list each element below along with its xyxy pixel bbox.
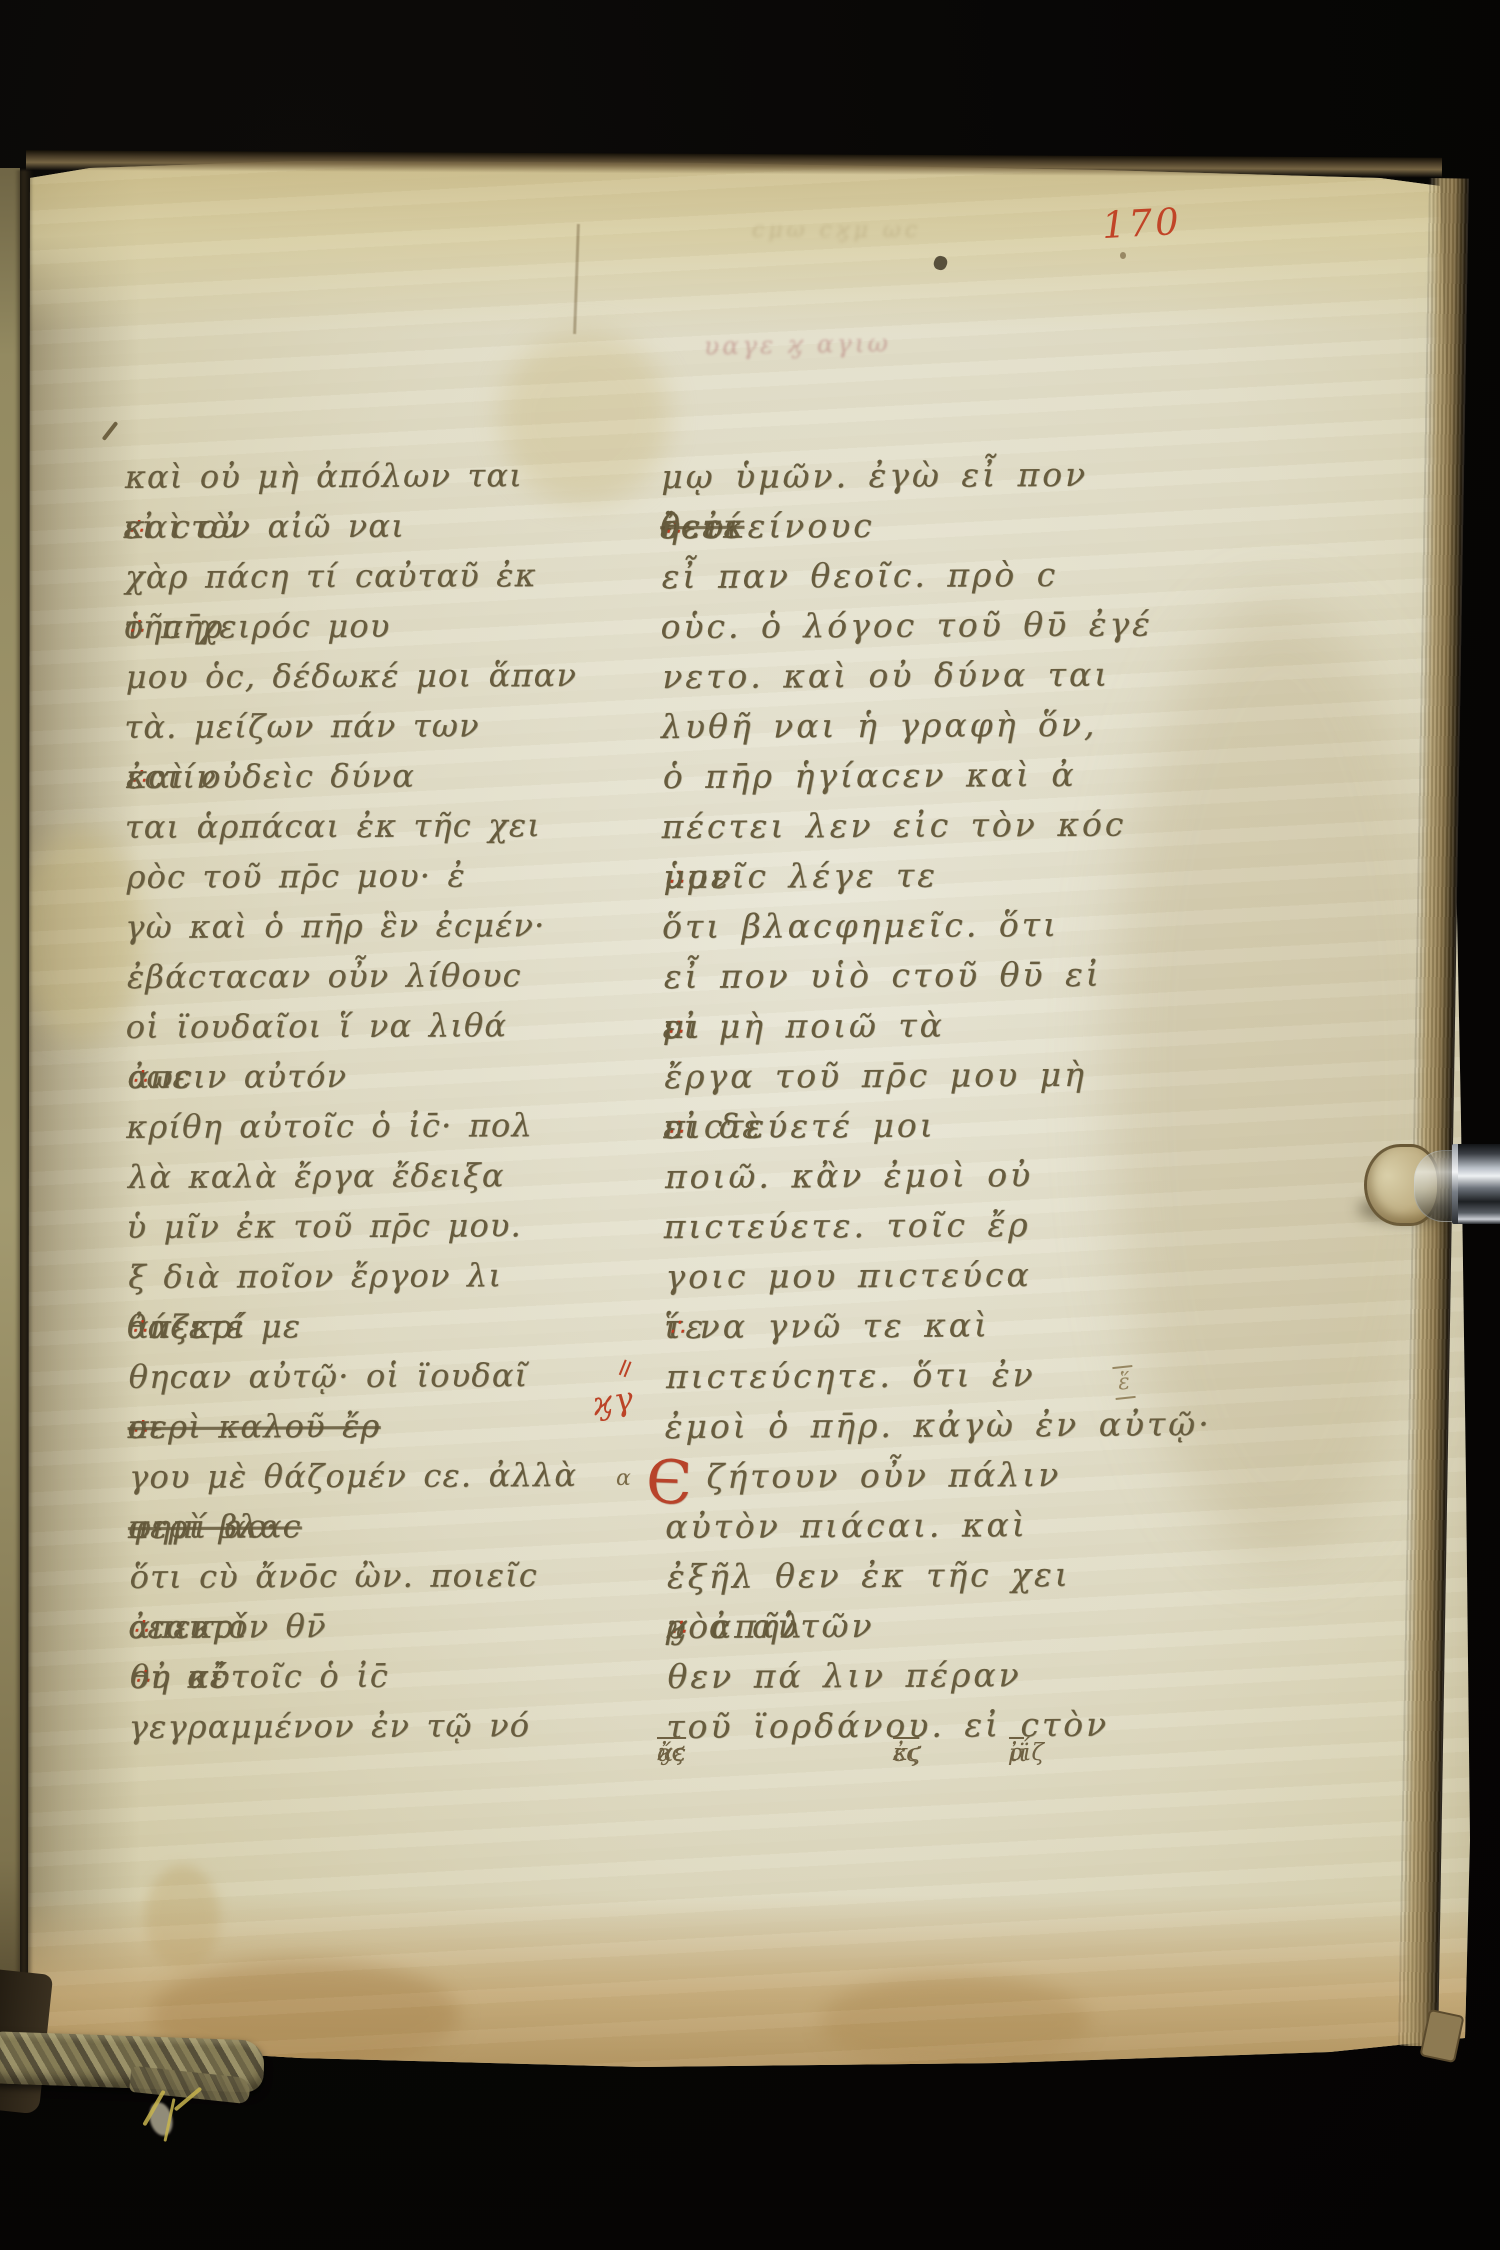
text-segment: ἀπεκρί [127,1301,247,1352]
text-line: ὅτι βλαϲφημεῖϲ. ὅτι [662,902,702,952]
text-segment: γεγραμμένον ἐν τῷ νό [129,1700,531,1752]
text-line: τε∴ ἵ να γνῶ τε καὶ [664,1302,704,1352]
text-segment: ϗ ἀπῆλ [666,1601,806,1652]
fold-scratch [573,224,580,334]
text-segment: ἵ να γνῶ τε καὶ [664,1300,990,1352]
text-line: εἶ πον υἱὸ ϲτοῦ θῡ εἰ [664,952,704,1002]
text-segment: γὼ καὶ ὁ πη̄ρ ἓν ἐϲμέν· [125,900,545,952]
text-segment: ἐξῆλ θεν ἐκ τῆϲ χει [667,1550,1071,1602]
text-segment: εἶ παν θεοῖϲ. πρὸ ϲ [662,550,1059,602]
text-line: ἐξῆλ θεν ἐκ τῆϲ χει [667,1552,707,1602]
text-segment: πιϲτεύϲητε. ὅτι ἐν [666,1350,1036,1402]
eusebian-notes: ἄεϗϛἐϛκϛἰΐριζ [657,1740,1107,1830]
text-segment: φημί αϲ· [128,1501,278,1552]
text-segment: οἱ ϊουδαῖοι ἵ να λιθά [126,1000,508,1052]
text-segment: πιϲτεύετε. τοῖϲ ἔρ [664,1200,1031,1252]
text-segment: τὰ. μείζων πάν των [124,700,480,752]
text-segment: ὑμεῖϲ λέγε τε [663,851,938,902]
text-segment: ἐβάϲταϲαν οὖν λίθουϲ [127,950,522,1002]
text-segment: ὅτι ϲὺ ἄνο̄ϲ ὢν. ποιεῖϲ [129,1550,538,1602]
text-line: μον∴ ὑμεῖϲ λέγε τε [663,852,703,902]
text-segment: πέϲτει λεν εἰϲ τὸν κόϲ [661,800,1126,852]
manuscript-page: ϲμω ϲϗμ ωϲ υαγε ϗ αγιω 170 καὶ οὐ μὴ ἀπό… [0,0,1500,2250]
text-segment: λὰ καλὰ ἔργα ἔδειξα [128,1150,505,1202]
text-line: ἔργα τοῦ πρ̄ϲ μου μὴ [664,1052,704,1102]
eusebian-canon: ϗϛ [657,1740,684,1767]
text-segment: ἔργα τοῦ πρ̄ϲ μου μὴ [664,1050,1087,1102]
text-segment: ὅτι βλαϲφημεῖϲ. ὅτι [662,900,1059,952]
text-segment: ὑ μῖν ἐκ τοῦ πρ̄ϲ μου. [126,1200,522,1252]
manuscript-photograph: ϲμω ϲϗμ ωϲ υαγε ϗ αγιω 170 καὶ οὐ μὴ ἀπό… [0,0,1500,2250]
text-segment: εἰ δὲ [663,1102,763,1153]
text-segment: ὁ πη̄ρ ἡγίαϲεν καὶ ἀ [663,750,1077,802]
pen-trial-mark [102,421,119,441]
text-line: ὁ πη̄ρ ἡγίαϲεν καὶ ἀ [663,752,703,802]
eusebian-canon: ριζ [1009,1740,1044,1767]
text-line: πιϲτεύετε. τοῖϲ ἔρ [664,1202,704,1252]
folio-number: 170 [1101,200,1183,247]
book-gutter-seam [15,170,33,2045]
text-segment: θεν πά λιν πέραν [667,1650,1021,1702]
text-line: θεοί ἐϲτε∴ ἢ ἐκείνουϲ [660,502,700,552]
text-segment: ὁ πη̄ρ [124,602,224,652]
text-segment: καὶ οὐ [123,501,239,552]
text-segment: αὐτὸν πιάϲαι. καὶ [665,1500,1028,1552]
text-segment: ἢ ἐκείνουϲ [660,501,875,552]
text-segment: ἀπε [127,1052,191,1102]
text-segment: ξ διὰ ποῖον ἔργον λι [128,1250,502,1302]
text-segment: γου μὲ θάζομέν ϲε. ἀλλὰ [129,1450,577,1502]
text-segment: ται ἁρπάϲαι ἐκ τῆϲ χει [125,800,541,852]
marginal-gloss: α [616,1466,631,1491]
text-segment: κρίθη αὐτοῖϲ ὁ ἰϲ̄· πολ [126,1100,533,1152]
parchment-stain [500,330,670,505]
text-segment: ζήτουν οὖν πάλιν [706,1450,1061,1502]
text-line: ρὸϲ αὐτῶν∴ ϗ ἀπῆλ [666,1602,706,1652]
water-stain-blotch [820,1975,1090,2070]
eusebian-canon: κϛ [893,1740,921,1767]
text-segment: θηϲαν αὐτῷ· οἱ ϊουδαῖ [129,1350,529,1402]
page-holder-rod [1458,1144,1500,1224]
red-drop-initial: Є [645,1447,693,1519]
text-segment: μου ὁϲ, δέδωκέ μοι ἅπαν [126,650,578,702]
text-line: πέϲτει λεν εἰϲ τὸν κόϲ [661,802,701,852]
parchment-stain-top [25,158,1445,333]
text-segment: ρὸϲ τοῦ πρ̄ϲ μου· ἐ [126,851,466,902]
lection-mark-text: ϗγ [589,1378,638,1423]
text-column-left: καὶ οὐ μὴ ἀπόλων ταιεἰ ϲτὸν αἰῶ ναι∴ καὶ… [123,452,129,1752]
parchment-stain [145,1865,220,1970]
text-line: μῳ ὑμῶν. ἐγὼ εἶ πον [661,452,701,502]
text-segment: οὐ κἔ [130,1652,228,1702]
text-line: λυθῆ ναι ἡ γραφὴ ὅν, [661,702,701,752]
text-segment: ἀπεκρί [128,1601,248,1652]
text-segment: καὶ οὐδεὶϲ δύνα [126,751,415,802]
ink-speck [1120,252,1126,259]
text-segment: καὶ οὐ μὴ ἀπόλων ται [125,450,523,502]
offset-text-trace: ϲμω ϲϗμ ωϲ [752,218,921,243]
text-segment: γοιϲ μου πιϲτεύϲα [665,1250,1032,1302]
text-line: οὑϲ. ὁ λόγοϲ τοῦ θῡ ἐγέ [660,602,700,652]
text-segment: ἐμοὶ ὁ πη̄ρ. κἀγὼ ἐν αὐτῷ· [665,1399,1212,1452]
text-line: μι∴ εἰ μὴ ποιῶ τὰ [662,1002,702,1052]
fore-edge-margin-mark: ἕ [1112,1365,1135,1400]
text-segment: μῳ ὑμῶν. ἐγὼ εἶ πον [661,450,1088,502]
text-segment: ποιῶ. κἂν ἐμοὶ οὐ [665,1150,1034,1202]
text-line: εἶ παν θεοῖϲ. πρὸ ϲ [662,552,702,602]
text-line: νετο. καὶ οὐ δύνα ται [662,652,702,702]
text-line: γοιϲ μου πιϲτεύϲα [665,1252,705,1302]
faded-rubric: υαγε ϗ αγιω [704,328,891,360]
ink-speck [932,254,949,272]
text-segment: χὰρ πάϲη τί ϲαὐταῦ ἐκ [125,550,537,602]
text-column-right: μῳ ὑμῶν. ἐγὼ εἶ πονθεοί ἐϲτε∴ ἢ ἐκείνουϲ… [660,452,707,1752]
text-segment: περὶ καλοῦ ἔρ [127,1401,380,1452]
text-line: ποιῶ. κἂν ἐμοὶ οὐ [665,1152,705,1202]
text-segment: εἰ μὴ ποιῶ τὰ [662,1001,945,1052]
text-segment: οὑϲ. ὁ λόγοϲ τοῦ θῡ ἐγέ [660,600,1153,653]
text-segment: εἶ πον υἱὸ ϲτοῦ θῡ εἰ [664,950,1102,1002]
text-line: πιϲτεύετέ μοι∴ εἰ δὲ [663,1102,703,1152]
text-segment: νετο. καὶ οὐ δύνα ται [662,650,1110,702]
text-segment: λυθῆ ναι ἡ γραφὴ ὅν, [661,700,1098,752]
text-line: θεν πά λιν πέραν [667,1652,707,1702]
